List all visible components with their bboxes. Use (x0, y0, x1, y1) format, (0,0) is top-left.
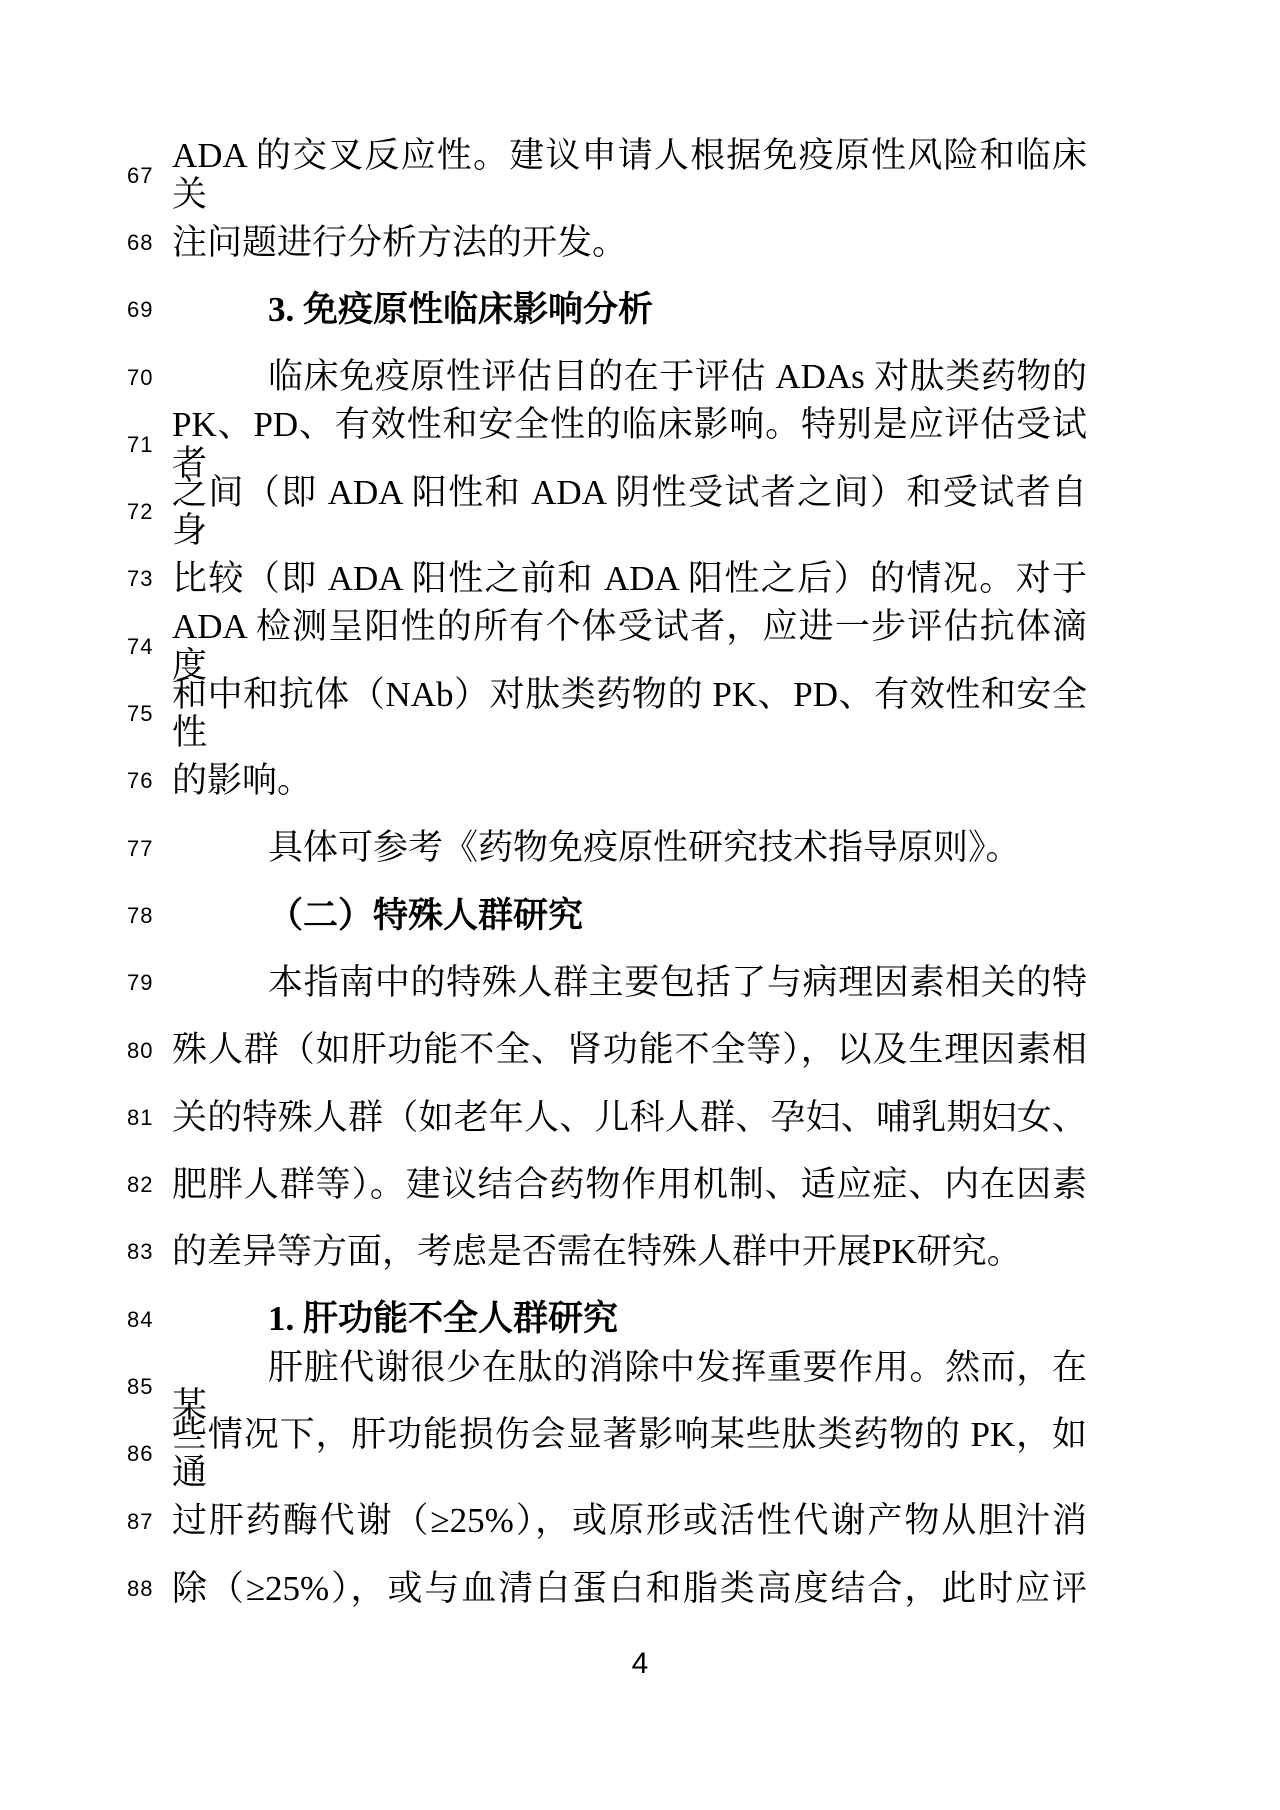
line-number: 86 (127, 1441, 172, 1467)
line-number: 72 (127, 499, 172, 525)
line-row: 70临床免疫原性评估目的在于评估 ADAs 对肽类药物的 (0, 344, 1280, 411)
line-row: 74ADA 检测呈阳性的所有个体受试者，应进一步评估抗体滴度 (0, 613, 1280, 680)
line-row: 67ADA 的交叉反应性。建议申请人根据免疫原性风险和临床关 (0, 142, 1280, 209)
page-footer: 4 (0, 1647, 1280, 1681)
body-text-line: 的影响。 (172, 762, 1087, 801)
line-number: 79 (127, 970, 172, 996)
line-row: 86些情况下，肝功能损伤会显著影响某些肽类药物的 PK，如通 (0, 1421, 1280, 1488)
section-heading: 3. 免疫原性临床影响分析 (172, 291, 1087, 330)
line-number: 73 (127, 566, 172, 592)
line-row: 79本指南中的特殊人群主要包括了与病理因素相关的特 (0, 950, 1280, 1017)
line-number: 76 (127, 768, 172, 794)
line-number: 78 (127, 903, 172, 929)
body-text-line: 和中和抗体（NAb）对肽类药物的 PK、PD、有效性和安全性 (172, 676, 1087, 753)
line-row: 78（二）特殊人群研究 (0, 882, 1280, 949)
body-text-line: 些情况下，肝功能损伤会显著影响某些肽类药物的 PK，如通 (172, 1416, 1087, 1493)
body-text-line: 本指南中的特殊人群主要包括了与病理因素相关的特 (172, 964, 1087, 1003)
line-row: 73比较（即 ADA 阳性之前和 ADA 阳性之后）的情况。对于 (0, 546, 1280, 613)
line-row: 81关的特殊人群（如老年人、儿科人群、孕妇、哺乳期妇女、 (0, 1084, 1280, 1151)
line-row: 75和中和抗体（NAb）对肽类药物的 PK、PD、有效性和安全性 (0, 680, 1280, 747)
body-text-line: 比较（即 ADA 阳性之前和 ADA 阳性之后）的情况。对于 (172, 560, 1087, 599)
body-text-line: 殊人群（如肝功能不全、肾功能不全等），以及生理因素相 (172, 1031, 1087, 1070)
line-number: 87 (127, 1509, 172, 1535)
line-row: 71PK、PD、有效性和安全性的临床影响。特别是应评估受试者 (0, 411, 1280, 478)
body-text-line: 临床免疫原性评估目的在于评估 ADAs 对肽类药物的 (172, 358, 1087, 397)
line-number: 88 (127, 1576, 172, 1602)
line-number: 85 (127, 1374, 172, 1400)
body-text-line: PK、PD、有效性和安全性的临床影响。特别是应评估受试者 (172, 406, 1087, 483)
line-number: 74 (127, 634, 172, 660)
line-number: 67 (127, 163, 172, 189)
body-text-line: 除（≥25%），或与血清白蛋白和脂类高度结合，此时应评 (172, 1570, 1087, 1609)
line-row: 72之间（即 ADA 阳性和 ADA 阴性受试者之间）和受试者自身 (0, 478, 1280, 545)
line-row: 80殊人群（如肝功能不全、肾功能不全等），以及生理因素相 (0, 1017, 1280, 1084)
body-text-line: 关的特殊人群（如老年人、儿科人群、孕妇、哺乳期妇女、 (172, 1099, 1087, 1138)
page-number: 4 (632, 1647, 649, 1680)
document-page: 67ADA 的交叉反应性。建议申请人根据免疫原性风险和临床关68注问题进行分析方… (0, 0, 1280, 1810)
line-row: 693. 免疫原性临床影响分析 (0, 277, 1280, 344)
body-text-line: 肥胖人群等）。建议结合药物作用机制、适应症、内在因素 (172, 1166, 1087, 1205)
line-number: 82 (127, 1172, 172, 1198)
line-number: 70 (127, 365, 172, 391)
line-row: 76的影响。 (0, 748, 1280, 815)
line-row: 82肥胖人群等）。建议结合药物作用机制、适应症、内在因素 (0, 1151, 1280, 1218)
body-text-line: 的差异等方面，考虑是否需在特殊人群中开展PK研究。 (172, 1233, 1087, 1272)
body-text-line: ADA 的交叉反应性。建议申请人根据免疫原性风险和临床关 (172, 137, 1087, 214)
section-heading: （二）特殊人群研究 (172, 897, 1087, 936)
body-text-line: ADA 检测呈阳性的所有个体受试者，应进一步评估抗体滴度 (172, 608, 1087, 685)
line-number: 80 (127, 1038, 172, 1064)
document-body: 67ADA 的交叉反应性。建议申请人根据免疫原性风险和临床关68注问题进行分析方… (0, 0, 1280, 1623)
body-text-line: 过肝药酶代谢（≥25%），或原形或活性代谢产物从胆汁消 (172, 1502, 1087, 1541)
line-row: 85肝脏代谢很少在肽的消除中发挥重要作用。然而，在某 (0, 1353, 1280, 1420)
line-row: 87过肝药酶代谢（≥25%），或原形或活性代谢产物从胆汁消 (0, 1488, 1280, 1555)
line-row: 68注问题进行分析方法的开发。 (0, 209, 1280, 276)
line-row: 77具体可参考《药物免疫原性研究技术指导原则》。 (0, 815, 1280, 882)
body-text-line: 肝脏代谢很少在肽的消除中发挥重要作用。然而，在某 (172, 1349, 1087, 1426)
line-number: 81 (127, 1105, 172, 1131)
section-heading: 1. 肝功能不全人群研究 (172, 1300, 1087, 1339)
line-number: 68 (127, 230, 172, 256)
line-row: 841. 肝功能不全人群研究 (0, 1286, 1280, 1353)
line-row: 88除（≥25%），或与血清白蛋白和脂类高度结合，此时应评 (0, 1555, 1280, 1622)
body-text-line: 注问题进行分析方法的开发。 (172, 224, 1087, 263)
line-row: 83的差异等方面，考虑是否需在特殊人群中开展PK研究。 (0, 1219, 1280, 1286)
line-number: 77 (127, 836, 172, 862)
body-text-line: 之间（即 ADA 阳性和 ADA 阴性受试者之间）和受试者自身 (172, 474, 1087, 551)
line-number: 84 (127, 1307, 172, 1333)
line-number: 71 (127, 432, 172, 458)
line-number: 75 (127, 701, 172, 727)
line-number: 83 (127, 1239, 172, 1265)
body-text-line: 具体可参考《药物免疫原性研究技术指导原则》。 (172, 829, 1087, 868)
line-number: 69 (127, 297, 172, 323)
